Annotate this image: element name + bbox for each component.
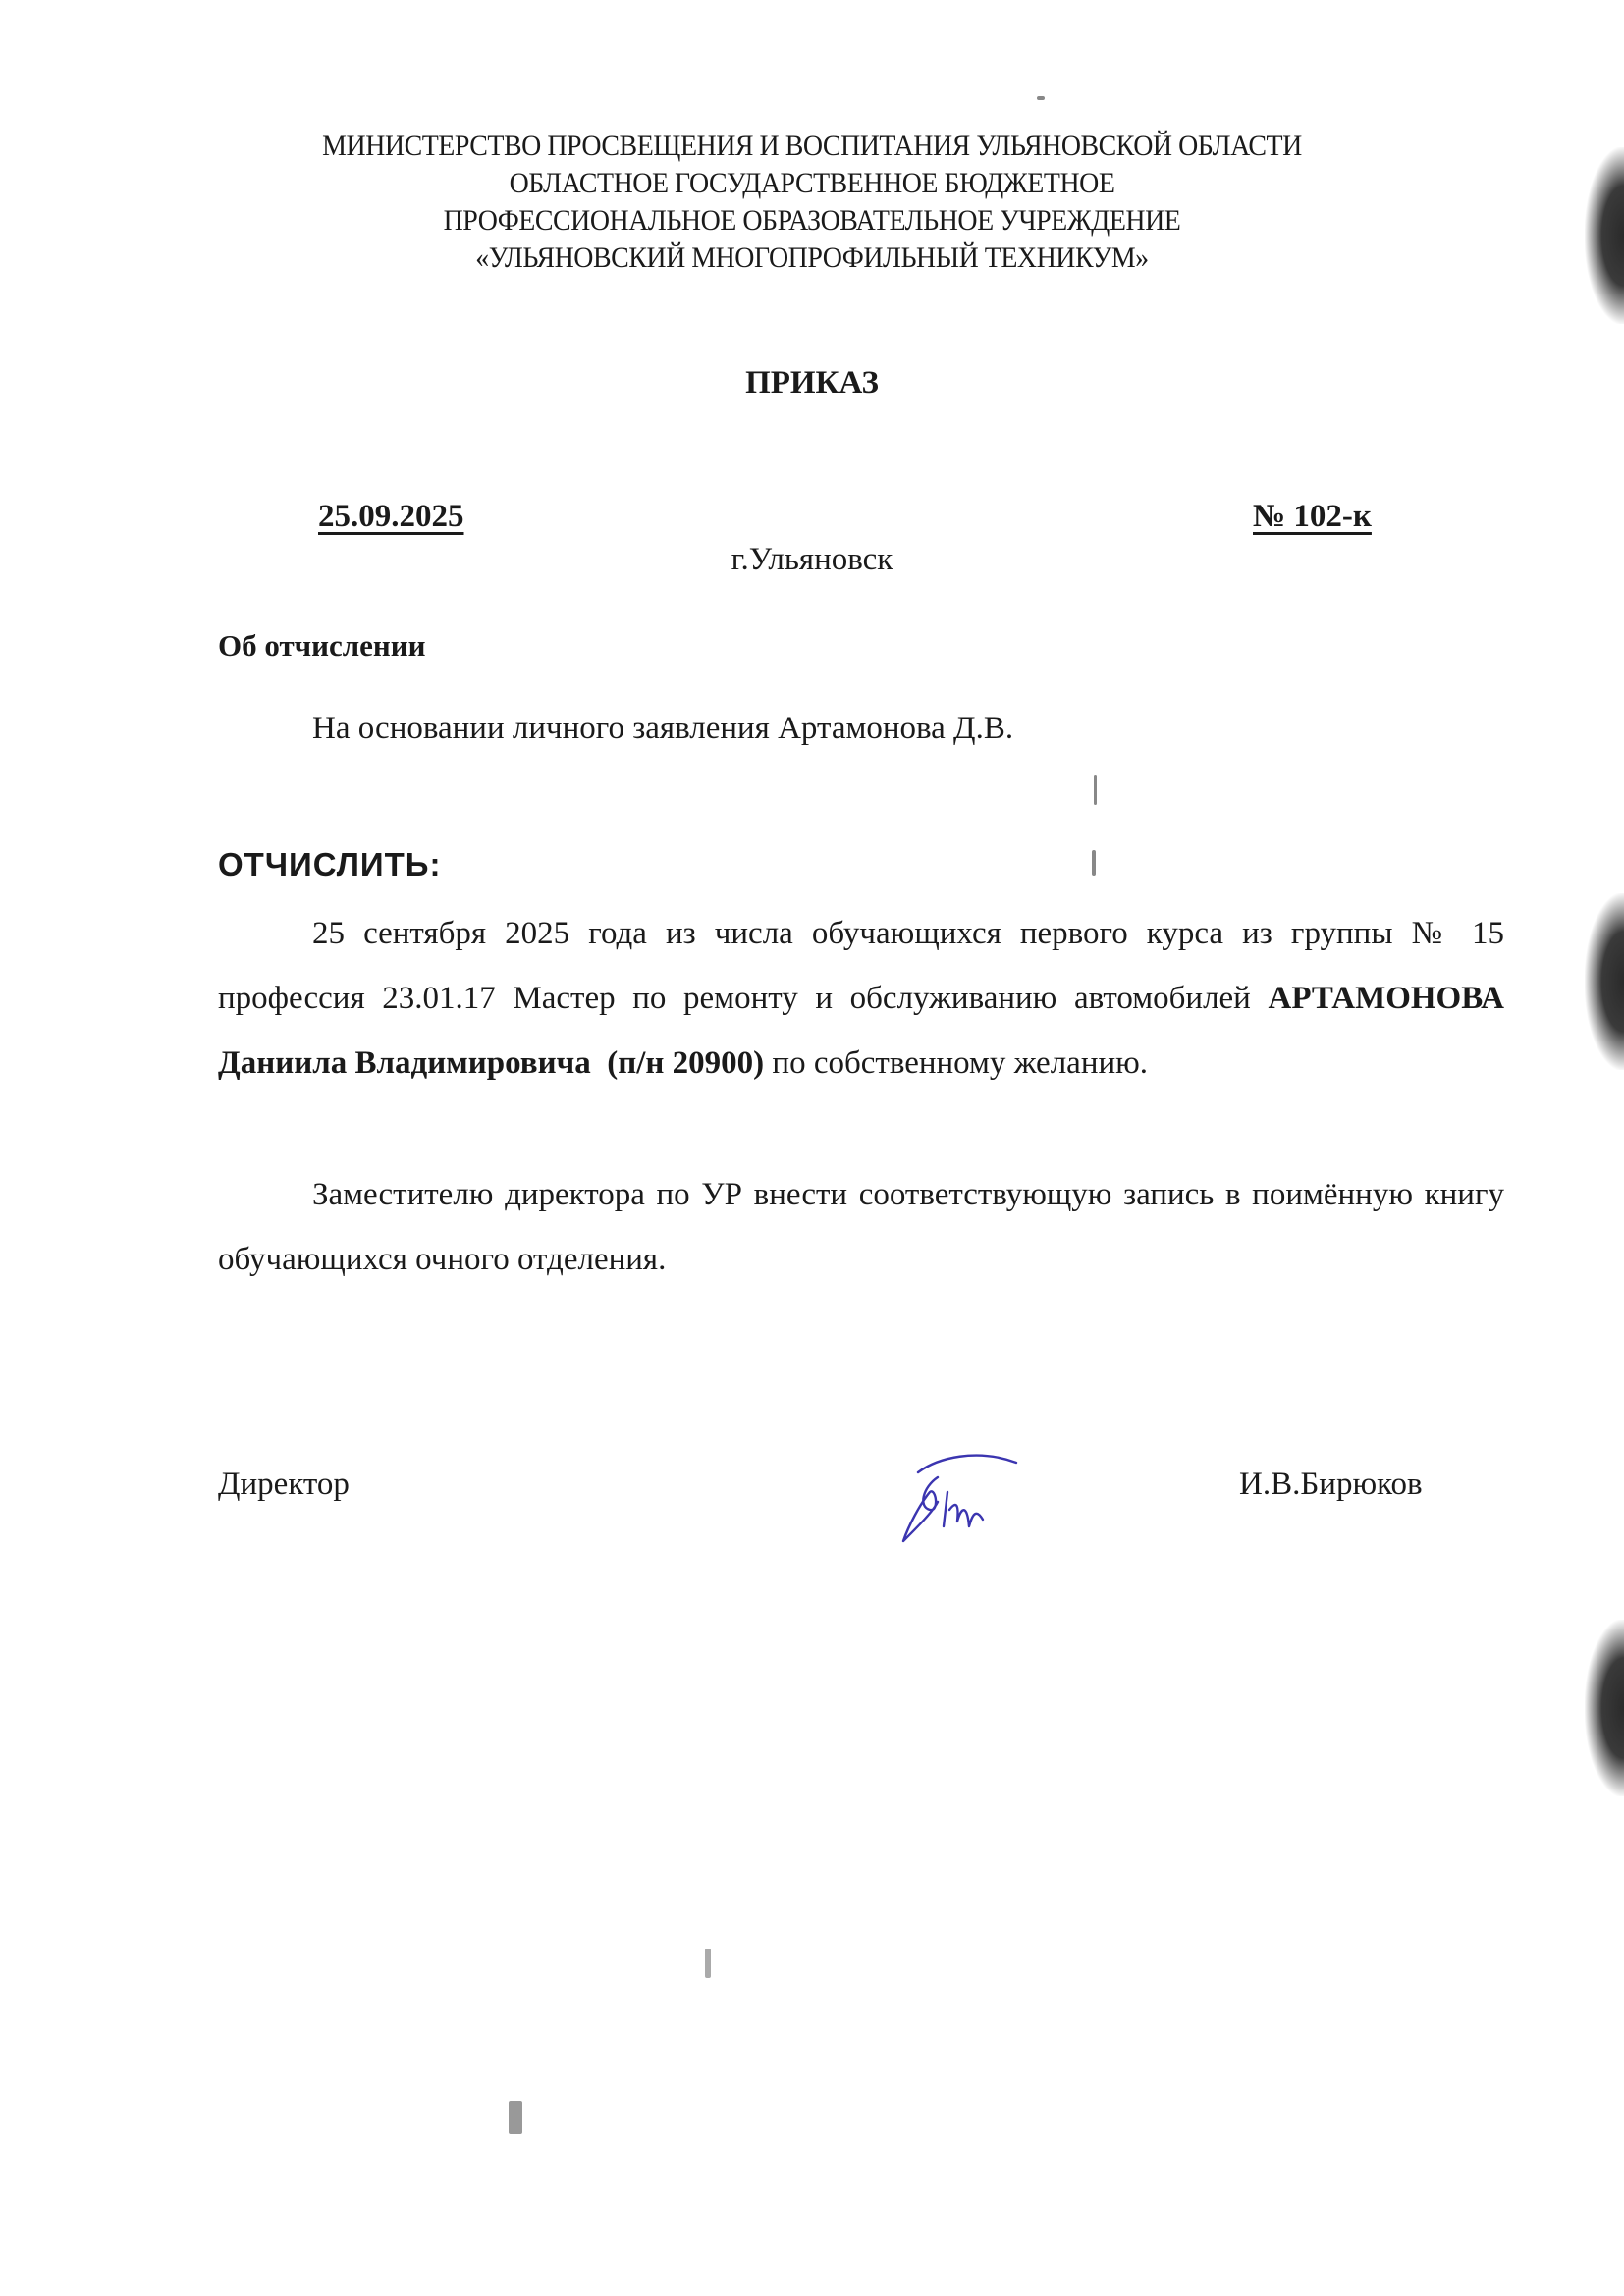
signatory-name: И.В.Бирюков: [1239, 1467, 1423, 1503]
expulsion-text-ending: желанию.: [1014, 1045, 1148, 1081]
scan-speck: [1092, 850, 1096, 876]
student-personal-number: (п/н 20900): [607, 1045, 764, 1081]
document-title: ПРИКАЗ: [0, 365, 1624, 401]
letterhead-line-ministry: МИНИСТЕРСТВО ПРОСВЕЩЕНИЯ И ВОСПИТАНИЯ УЛ…: [57, 128, 1567, 165]
scan-speck: [705, 1949, 711, 1978]
letterhead-line-institution-name: «УЛЬЯНОВСКИЙ МНОГОПРОФИЛЬНЫЙ ТЕХНИКУМ»: [57, 240, 1567, 277]
letterhead-line-institution-kind: ПРОФЕССИОНАЛЬНОЕ ОБРАЗОВАТЕЛЬНОЕ УЧРЕЖДЕ…: [57, 202, 1567, 240]
order-paragraph-expulsion: 25 сентября 2025 года из числа обучающих…: [218, 901, 1504, 1095]
letterhead-line-institution-type: ОБЛАСТНОЕ ГОСУДАРСТВЕННОЕ БЮДЖЕТНОЕ: [57, 165, 1567, 202]
order-subject: Об отчислении: [218, 628, 426, 664]
letterhead: МИНИСТЕРСТВО ПРОСВЕЩЕНИЯ И ВОСПИТАНИЯ УЛ…: [57, 128, 1567, 277]
signatory-role: Директор: [218, 1467, 350, 1503]
scan-edge-shadow: [1585, 1620, 1624, 1796]
order-command: ОТЧИСЛИТЬ:: [218, 846, 441, 883]
order-basis: На основании личного заявления Артамонов…: [312, 711, 1013, 747]
order-date: 25.09.2025: [318, 499, 464, 535]
handwritten-signature: [879, 1433, 1026, 1551]
order-number: № 102-к: [1253, 499, 1372, 535]
expulsion-text-after: по собственному: [764, 1045, 1014, 1081]
scan-edge-shadow: [1585, 893, 1624, 1070]
scan-speck: [1094, 775, 1097, 805]
scan-speck: [509, 2101, 522, 2134]
order-city: г.Ульяновск: [0, 542, 1624, 578]
scan-speck: [1037, 96, 1045, 100]
order-paragraph-record: Заместителю директора по УР внести соотв…: [218, 1162, 1504, 1292]
scan-edge-shadow: [1585, 147, 1624, 324]
